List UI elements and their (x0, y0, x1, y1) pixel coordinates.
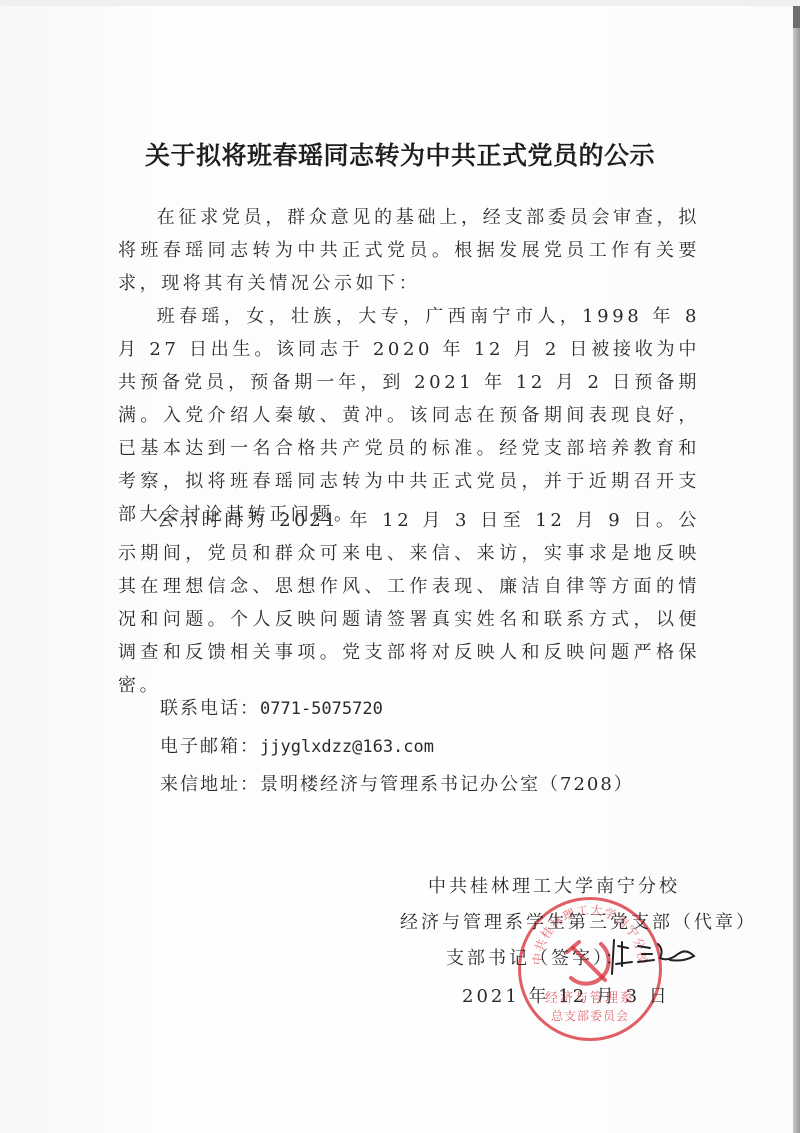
body-paragraph-2: 班春瑶，女，壮族，大专，广西南宁市人，1998 年 8 月 27 日出生。该同志… (118, 300, 700, 531)
body-paragraph-1: 在征求党员，群众意见的基础上，经支部委员会审查，拟将班春瑶同志转为中共正式党员。… (118, 201, 700, 300)
email-address: jjyglxdzz@163.com (260, 737, 434, 757)
contact-email: 电子邮箱：jjyglxdzz@163.com (160, 728, 634, 766)
page-edge-dark (793, 6, 800, 28)
signing-organization-branch: 经济与管理系学生第三党支部（代章） (400, 908, 757, 934)
body-paragraph-3: 公示时间为 2021 年 12 月 3 日至 12 月 9 日。公示期间，党员和… (118, 504, 700, 702)
svg-text:总支部委员会: 总支部委员会 (551, 1008, 629, 1023)
handwritten-signature (608, 936, 698, 976)
contact-phone: 联系电话：0771-5075720 (160, 690, 634, 728)
signing-organization-school: 中共桂林理工大学南宁分校 (428, 872, 680, 898)
document-title: 关于拟将班春瑶同志转为中共正式党员的公示 (0, 136, 800, 172)
signature-date: 2021 年 12 月 3 日 (462, 982, 670, 1008)
contact-address: 来信地址：景明楼经济与管理系书记办公室（7208） (160, 766, 634, 803)
paragraph-candidate-info: 班春瑶，女，壮族，大专，广西南宁市人，1998 年 8 月 27 日出生。该同志… (118, 300, 700, 531)
paragraph-notice-period: 公示时间为 2021 年 12 月 3 日至 12 月 9 日。公示期间，党员和… (118, 504, 700, 702)
secretary-signature-label: 支部书记（签字）： (446, 944, 626, 970)
paragraph-intro: 在征求党员，群众意见的基础上，经支部委员会审查，拟将班春瑶同志转为中共正式党员。… (118, 201, 700, 300)
mailing-address: 景明楼经济与管理系书记办公室（7208） (260, 774, 634, 795)
phone-number: 0771-5075720 (260, 699, 383, 719)
page-edge (793, 6, 800, 1133)
contact-info: 联系电话：0771-5075720 电子邮箱：jjyglxdzz@163.com… (160, 690, 634, 803)
